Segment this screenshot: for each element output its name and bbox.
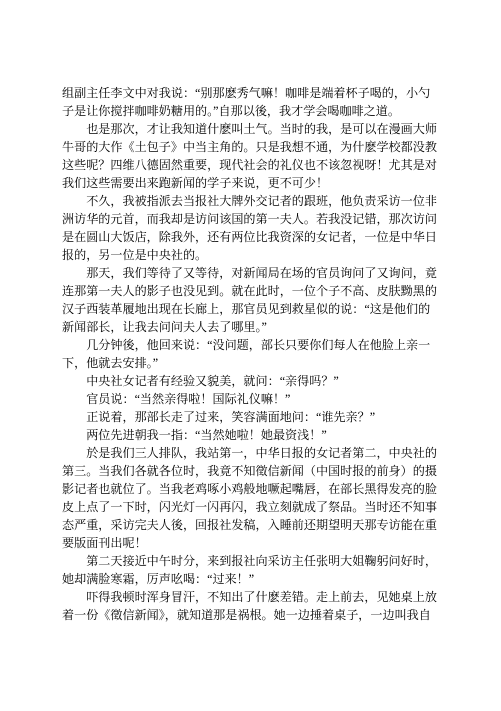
text-line: 她却满脸寒霜，厉声吆喝：“过来！” (62, 570, 444, 588)
text-line: 中央社女记者有经验又貌美，就问：“亲得吗？” (62, 372, 444, 390)
text-line: 子是让你搅拌咖啡奶糖用的。”自那以後，我才学会喝咖啡之道。 (62, 102, 444, 120)
body-text: 组副主任李文中对我说：“别那麽秀气嘛！咖啡是端着杯子喝的，小勺 子是让你搅拌咖啡… (62, 84, 444, 624)
text-line: 不久，我被指派去当报社大牌外交记者的跟班，他负责采访一位非 (62, 192, 444, 210)
text-line: 官员说：“当然亲得啦！国际礼仪嘛！” (62, 390, 444, 408)
text-line: 正说着，那部长走了过来，笑容满面地问：“谁先亲？” (62, 408, 444, 426)
text-line: 我们这些需要出来跑新闻的学子来说，更不可少！ (62, 174, 444, 192)
document-page: 组副主任李文中对我说：“别那麽秀气嘛！咖啡是端着杯子喝的，小勺 子是让你搅拌咖啡… (0, 0, 501, 711)
text-line: 着一份《徵信新闻》，就知道那是祸根。她一边捶着桌子，一边叫我自 (62, 606, 444, 624)
text-line: 两位先进朝我一指：“当然她啦！她最资浅！” (62, 426, 444, 444)
text-line: 报的，另一位是中央社的。 (62, 246, 444, 264)
text-line: 牛哥的大作《土包子》中当主角的。只是我想不通，为什麽学校都没教 (62, 138, 444, 156)
text-line: 连那第一夫人的影子也没见到。就在此时，一位个子不高、皮肤黝黑的 (62, 282, 444, 300)
text-line: 是在圆山大饭店，除我外，还有两位比我资深的女记者，一位是中华日 (62, 228, 444, 246)
text-line: 汉子西装革履地出现在长廊上，那官员见到救星似的说：“这是他们的 (62, 300, 444, 318)
text-line: 态严重，采访完夫人後，回报社发稿，入睡前还期望明天那专访能在重 (62, 516, 444, 534)
text-line: 几分钟後，他回来说：“没问题，部长只要你们每人在他脸上亲一 (62, 336, 444, 354)
text-line: 影记者也就位了。当我老鸡啄小鸡般地噘起嘴唇，在部长黑得发亮的脸 (62, 480, 444, 498)
text-line: 组副主任李文中对我说：“别那麽秀气嘛！咖啡是端着杯子喝的，小勺 (62, 84, 444, 102)
text-line: 那天，我们等待了又等待，对新闻局在场的官员询问了又询问，竟 (62, 264, 444, 282)
text-line: 第三。当我们各就各位时，我竟不知徵信新闻（中国时报的前身）的摄 (62, 462, 444, 480)
text-line: 吓得我顿时浑身冒汗，不知出了什麽差错。走上前去，见她桌上放 (62, 588, 444, 606)
text-line: 这些呢？四维八德固然重要，现代社会的礼仪也不该忽视呀！尤其是对 (62, 156, 444, 174)
text-line: 也是那次，才让我知道什麽叫土气。当时的我，是可以在漫画大师 (62, 120, 444, 138)
text-line: 要版面刊出呢！ (62, 534, 444, 552)
text-line: 皮上点了一下时，闪光灯一闪再闪，我立刻就成了祭品。当时还不知事 (62, 498, 444, 516)
text-line: 新闻部长，让我去问问夫人去了哪里。” (62, 318, 444, 336)
text-line: 第二天接近中午时分，来到报社向采访主任张明大姐鞠躬问好时， (62, 552, 444, 570)
text-line: 於是我们三人排队，我站第一，中华日报的女记者第二，中央社的 (62, 444, 444, 462)
text-line: 下，他就去安排。” (62, 354, 444, 372)
text-line: 洲访华的元首，而我却是访问该国的第一夫人。若我没记错，那次访问 (62, 210, 444, 228)
